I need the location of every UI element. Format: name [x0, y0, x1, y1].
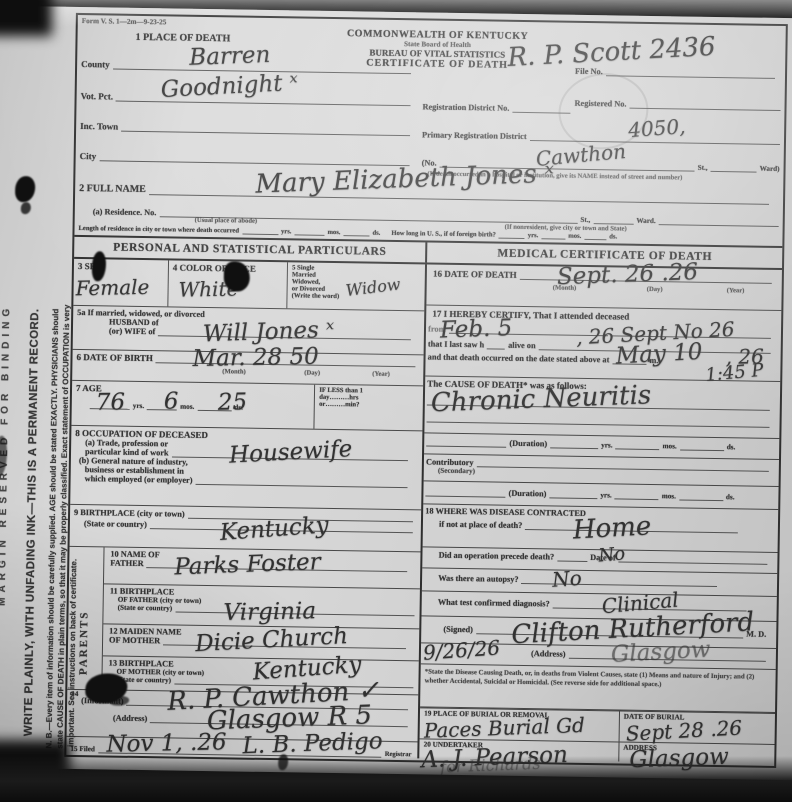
yrs-label: yrs.: [133, 402, 145, 410]
ds-label: ds.: [609, 233, 617, 240]
inc-town-row: Inc. Town: [80, 121, 410, 136]
blank-line: [659, 222, 779, 227]
parents-vertical-label: PARENTS: [78, 565, 92, 675]
cause-of-death-row: The CAUSE OF DEATH* was as follows: Chro…: [425, 376, 781, 439]
husband-line3: (or) WIFE of: [109, 326, 156, 336]
birthplace-sublabel: (State or country): [84, 519, 147, 529]
mos-label: mos.: [662, 492, 676, 500]
dod-day-sublabel: (Day): [647, 286, 663, 293]
mos-label: mos.: [327, 229, 340, 236]
certify-row: 17 I HEREBY CERTIFY, That I attended dec…: [425, 305, 781, 382]
abode-note: (Usual place of abode): [195, 217, 258, 225]
husband-handwriting: Will Jones ˣ: [203, 316, 335, 347]
dod-year-sublabel: (Year): [727, 287, 745, 294]
blank-line: [195, 482, 407, 488]
dob-label: 6 DATE OF BIRTH: [76, 352, 153, 363]
blank-line: [541, 236, 565, 239]
blank-line: [680, 447, 724, 451]
margin-write-plainly-text: WRITE PLAINLY, WITH UNFADING INK—THIS IS…: [23, 56, 46, 736]
blank-line: [557, 559, 587, 562]
occurred-label: and that death occurred on the date stat…: [428, 352, 610, 364]
contracted-handwriting: Home: [572, 511, 652, 545]
blank-line: [149, 192, 769, 205]
duration-label: (Duration): [509, 439, 547, 449]
residence-label: (a) Residence. No.: [93, 207, 157, 217]
age-yrs-handwriting: 76: [96, 389, 126, 416]
parents-block: PARENTS 10 NAME OF FATHER Parks Foster: [67, 547, 420, 695]
certificate-form: Form V. S. 1—2m—9-23-25 COMMONWEALTH OF …: [64, 13, 788, 768]
birthplace-label: 9 BIRTHPLACE (city or town): [74, 507, 185, 518]
sex-color-marital-row: 3 SEX Female 4 COLOR OR RACE White 5 Sin…: [73, 259, 425, 311]
res-st-label: St.,: [580, 216, 590, 224]
dod-label: 16 DATE OF DEATH: [433, 269, 517, 280]
place-of-death-label: 1 PLACE OF DEATH: [135, 32, 230, 44]
ward-label: Ward): [760, 165, 780, 173]
sig-address-label: (Address): [531, 649, 566, 659]
blank-line: [121, 129, 410, 137]
dob-day-sublabel: (Day): [304, 370, 320, 377]
father-birthplace-row: 11 BIRTHPLACE OF FATHER (city or town) (…: [103, 584, 420, 629]
mos-label: mos.: [568, 233, 581, 240]
age-ds-handwriting: 25: [218, 389, 248, 416]
occupation-row: 8 OCCUPATION OF DECEASED (a) Trade, prof…: [70, 426, 422, 510]
autopsy-label: Was there an autopsy?: [438, 574, 518, 584]
dob-year-sublabel: (Year): [372, 371, 390, 378]
full-name-label: 2 FULL NAME: [79, 183, 146, 195]
yrs-label: yrs.: [528, 232, 539, 239]
mos-label: mos.: [180, 403, 194, 411]
res-ward-label: Ward.: [636, 217, 655, 225]
burial-place-handwriting: Paces Burial Gd: [424, 713, 586, 743]
last-saw-handwriting: May 10: [615, 339, 703, 370]
if-less-line3: or………min?: [319, 401, 423, 410]
inc-town-label: Inc. Town: [80, 121, 118, 132]
informant-address-label: (Address): [113, 714, 148, 724]
father-bp-handwriting: Virginia: [223, 598, 316, 626]
place-of-burial-cell: 19 PLACE OF BURIAL OR REMOVAL Paces Buri…: [420, 708, 619, 742]
signature-date-handwriting: 9/26/26: [422, 635, 501, 664]
if-less-than-day-box: IF LESS than 1 day………hrs or………min?: [314, 385, 424, 430]
certificate-paper: MARGIN RESERVED FOR BINDING WRITE PLAINL…: [0, 6, 792, 781]
test-label: What test confirmed diagnosis?: [438, 598, 550, 609]
registration-district-label: Registration District No.: [422, 102, 509, 112]
burial-undertaker-left: 19 PLACE OF BURIAL OR REMOVAL Paces Buri…: [419, 708, 619, 761]
alive-label: alive on: [508, 341, 536, 350]
blank-line: [629, 106, 780, 111]
blank-line: [487, 346, 505, 349]
county-handwriting: Barren: [189, 42, 271, 71]
county-label: County: [81, 59, 110, 69]
yrs-label: yrs.: [281, 228, 292, 235]
blank-line: [679, 497, 723, 501]
blank-line: [116, 99, 411, 107]
occupation-line6: which employed (or employer): [85, 474, 193, 485]
age-mos-handwriting: 6: [164, 389, 179, 415]
ds-label: ds.: [372, 230, 380, 237]
blank-line: [711, 169, 757, 173]
registrar-signature-handwriting: L. B. Pedigo: [242, 728, 383, 759]
contracted-label: if not at place of death?: [439, 520, 522, 530]
foreign-birth-label: How long in U. S., if of foreign birth?: [391, 230, 496, 239]
registration-district-row: Registration District No.: [422, 102, 570, 113]
mos-label: mos.: [662, 442, 676, 450]
blank-line: [343, 233, 369, 236]
primary-registration-label: Primary Registration District: [422, 130, 527, 141]
ds-label: ds.: [727, 443, 736, 451]
burial-date-handwriting: Sept 28 .26: [625, 715, 742, 745]
father-bp-line3: (State or country): [118, 603, 173, 612]
autopsy-handwriting: No: [551, 566, 582, 592]
blank-line: [242, 232, 278, 236]
ds-label: ds.: [726, 493, 735, 501]
blank-line: [584, 237, 606, 240]
yrs-label: yrs.: [600, 491, 612, 499]
date-of-death-row: 16 DATE OF DEATH (Month) (Day) (Year) Se…: [427, 264, 782, 311]
sex-handwriting: Female: [75, 275, 149, 300]
blank-line: [549, 495, 597, 499]
blank-line: [619, 560, 768, 565]
mother-name-row: 12 MAIDEN NAME OF MOTHER Dicie Church: [103, 624, 420, 661]
ink-smudge: [224, 261, 250, 291]
scan-bottom-border: [0, 756, 792, 802]
blank-line: [615, 496, 659, 500]
operation-label: Did an operation precede death?: [439, 551, 555, 562]
form-header: Form V. S. 1—2m—9-23-25 COMMONWEALTH OF …: [74, 15, 785, 248]
margin-binding-text: MARGIN RESERVED FOR BINDING: [0, 106, 15, 606]
field-sex: 3 SEX Female: [73, 259, 169, 306]
filed-date-handwriting: Nov 1, .26: [106, 729, 227, 757]
sig-address-handwriting: Glasgow: [610, 637, 711, 668]
blank-line: [426, 493, 506, 497]
city-row: City: [80, 151, 410, 166]
primary-registration-handwriting: 4050,: [627, 114, 686, 142]
blank-line: [427, 419, 770, 427]
age-row: 7 AGE yrs. mos. ds. 76 6 25: [71, 381, 423, 431]
operation-handwriting: No: [598, 543, 626, 566]
father-handwriting: Parks Foster: [174, 549, 321, 580]
length-label: Length of residence in city or town wher…: [78, 225, 239, 235]
dod-handwriting: Sept. 26 .26: [557, 259, 699, 290]
blank-line: [499, 236, 525, 239]
mother-label-line2: OF MOTHER: [109, 635, 160, 645]
blank-line: [550, 445, 598, 449]
city-label: City: [80, 151, 97, 161]
blank-line: [521, 581, 717, 587]
st-label: St.,: [698, 164, 708, 172]
father-name-row: 10 NAME OF FATHER Parks Foster: [104, 548, 421, 589]
cause-footnote: *State the Disease Causing Death, or, in…: [421, 664, 776, 691]
birthplace-row: 9 BIRTHPLACE (city or town) (State or co…: [70, 504, 422, 552]
blank-line: [426, 443, 506, 447]
vot-pct-label: Vot. Pct.: [81, 91, 114, 102]
photo-corner-shadow: [0, 0, 52, 36]
yrs-label: yrs.: [601, 441, 613, 449]
medical-column: 16 DATE OF DEATH (Month) (Day) (Year) Se…: [419, 264, 782, 764]
dob-handwriting: Mar. 28 50: [192, 344, 319, 372]
field-age: 7 AGE yrs. mos. ds. 76 6 25: [71, 381, 314, 429]
duration-label: (Duration): [509, 489, 547, 499]
blank-line: [615, 446, 659, 450]
date-of-burial-cell: DATE OF BURIAL Sept 28 .26: [619, 712, 775, 745]
footnote-row: *State the Disease Causing Death, or, in…: [420, 664, 775, 713]
blank-line: [593, 221, 633, 225]
field-marital-status: 5 Single Married Widowed, or Divorced (W…: [288, 262, 426, 310]
scanned-death-certificate: MARGIN RESERVED FOR BINDING WRITE PLAINL…: [0, 0, 792, 802]
attended-from-handwriting: Feb. 5: [440, 315, 513, 344]
ink-blot: [21, 202, 31, 214]
blank-line: [606, 73, 775, 79]
father-label-line2: FATHER: [110, 559, 143, 569]
form-number: Form V. S. 1—2m—9-23-25: [82, 17, 167, 26]
blank-line: [294, 232, 324, 235]
signed-label: (Signed): [443, 625, 473, 634]
